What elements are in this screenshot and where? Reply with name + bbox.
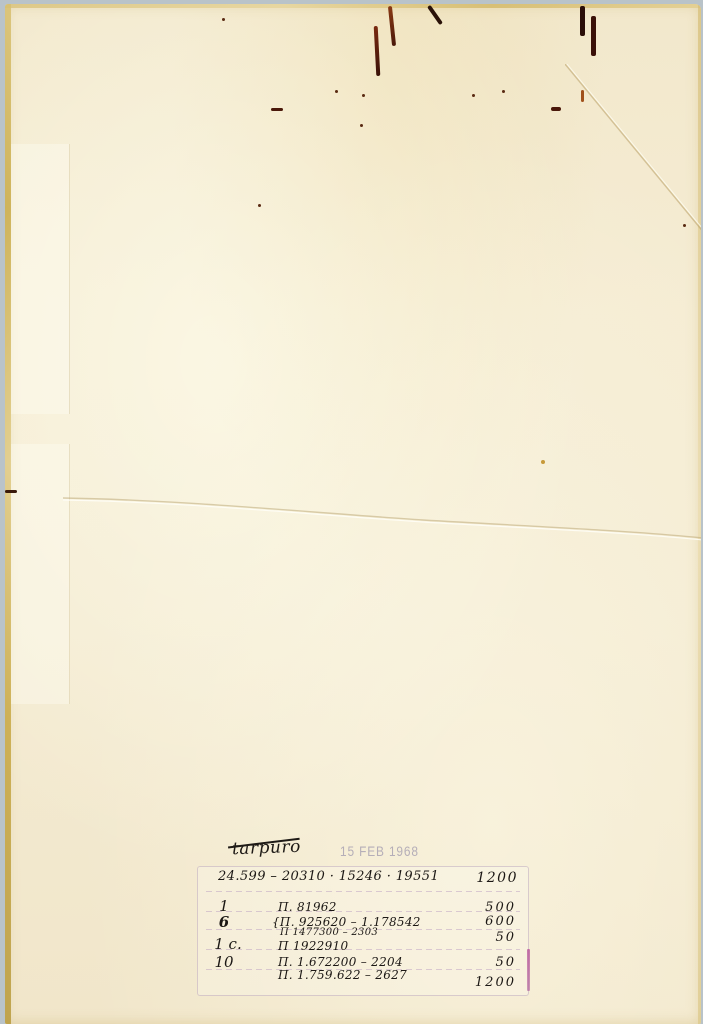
stamp-ink-mark <box>527 949 530 991</box>
ink-blot-stain <box>581 90 584 102</box>
tally-row-amount: 50 <box>456 955 516 970</box>
speck <box>541 460 545 464</box>
paper-top-edge <box>5 4 701 8</box>
paper-right-edge <box>698 4 701 1024</box>
speck <box>683 224 686 227</box>
tally-row-desc: Π 1922910 <box>278 939 348 953</box>
tape-residue-upper <box>11 144 70 414</box>
speck <box>335 90 338 93</box>
tally-row-qty: 1 c. <box>208 935 248 953</box>
tally-header-total: 1200 <box>476 870 518 886</box>
speck <box>360 124 363 127</box>
date-stamp: 15 FEB 1968 <box>340 843 419 859</box>
handwritten-annotation: tarpuro <box>232 837 301 859</box>
speck <box>502 90 505 93</box>
tally-row-amount: 50 <box>456 930 516 945</box>
tally-row-amount: 500 <box>456 900 516 915</box>
ink-blot-stain <box>551 107 561 111</box>
tally-row-desc: Π 1477300 – 2303 <box>280 927 378 938</box>
tally-header-reference: 24.599 – 20310 · 15246 · 19551 <box>218 869 439 884</box>
tally-row-qty: 10 <box>204 953 244 971</box>
tally-row-desc: Π. 1.759.622 – 2627 <box>278 968 407 982</box>
tally-row-amount: 600 <box>456 914 516 929</box>
ink-drip-stain <box>580 6 585 36</box>
tally-row-desc: Π. 81962 <box>278 900 337 914</box>
speck <box>472 94 475 97</box>
speck <box>222 18 225 21</box>
tally-row-qty: 6 <box>204 913 244 931</box>
edge-tear-mark <box>5 490 17 493</box>
speck <box>362 94 365 97</box>
ink-blot-stain <box>271 108 283 111</box>
tally-grand-total: 1200 <box>446 975 516 990</box>
tape-residue-lower <box>11 444 70 704</box>
tally-row-desc: Π. 1.672200 – 2204 <box>278 955 403 969</box>
corner-fold-crease <box>565 64 701 234</box>
horizontal-crease <box>63 490 701 550</box>
ruled-line <box>206 949 520 950</box>
ink-drip-stain <box>374 26 381 76</box>
speck <box>258 204 261 207</box>
ink-drip-stain <box>388 6 396 46</box>
ruled-line <box>206 891 520 892</box>
tally-box: 24.599 – 20310 · 15246 · 19551 1200 1 Π.… <box>197 866 529 996</box>
ink-drip-stain <box>591 16 596 56</box>
